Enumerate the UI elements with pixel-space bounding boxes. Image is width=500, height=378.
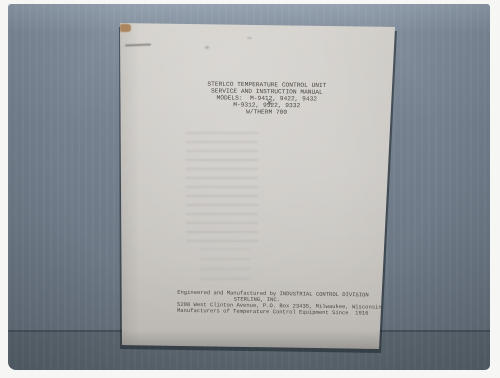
manual-cover-photo: STERLCO TEMPERATURE CONTROL UNIT SERVICE…: [0, 0, 500, 378]
paper-speck: [205, 46, 209, 49]
cover-title-block: STERLCO TEMPERATURE CONTROL UNIT SERVICE…: [127, 82, 407, 137]
ghost-show-through-text: [186, 132, 258, 244]
pencil-mark: [125, 44, 151, 47]
cover-therm-line: W/THERM 700: [180, 108, 354, 117]
paper-speck: [247, 37, 252, 39]
handwritten-x-mark: ✕: [265, 97, 279, 111]
footer-slogan-line: Manufacturers of Temperature Control Equ…: [177, 308, 337, 316]
cover-footer-block: Engineered and Manufactured by INDUSTRIA…: [112, 291, 402, 335]
corner-stain: [120, 24, 131, 32]
ghost-show-through-text: [200, 248, 250, 282]
